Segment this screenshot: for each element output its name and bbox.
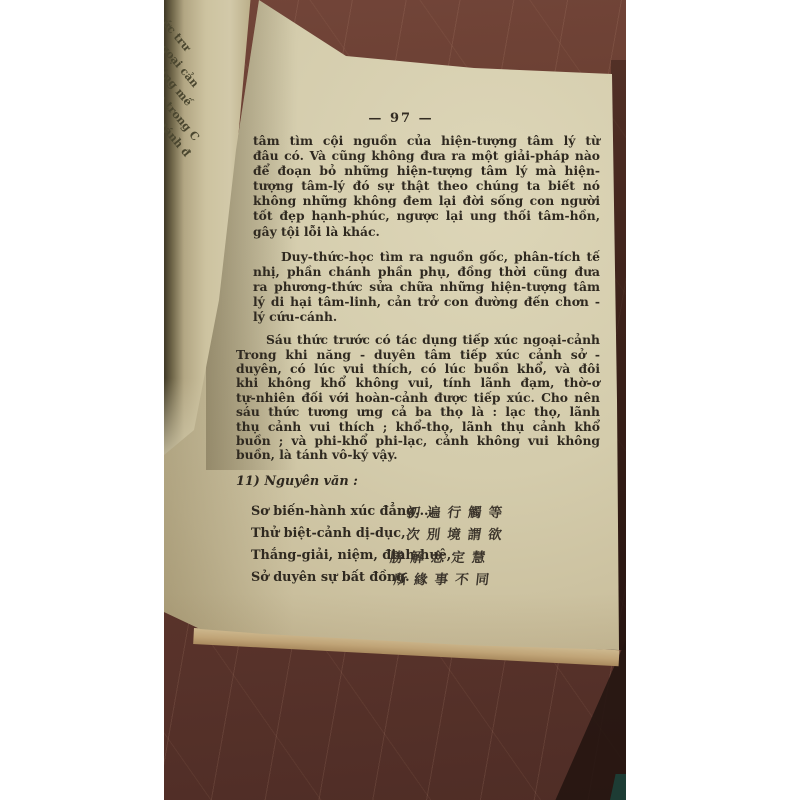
text-line: gây tội lỗi là khác. [253, 224, 600, 239]
text-line: buồn ; và phi-khổ phi-lạc, cảnh không vu… [236, 434, 600, 448]
book-photo: sâu thức trưượng ngoại cảnới mà cũng mếồ… [164, 0, 626, 800]
text-line: không những không đem lại đời sống con n… [253, 193, 600, 208]
chinese-verse-row: 所緣事不同 [386, 569, 505, 591]
text-line: ra phương-thức sửa chữa những hiện-tượng… [253, 279, 600, 294]
text-line: để đoạn bỏ những hiện-tượng tâm lý mà hi… [253, 163, 600, 178]
text-line: tượng tâm-lý đó sự thật theo chúng ta bi… [253, 178, 600, 193]
text-line: Trong khi năng - duyên tâm tiếp xúc cảnh… [236, 348, 600, 362]
text-line: tâm tìm cội nguồn của hiện-tượng tâm lý … [253, 133, 600, 148]
text-line: Duy-thức-học tìm ra nguồn gốc, phân-tích… [253, 249, 600, 264]
paragraph: Sáu thức trước có tác dụng tiếp xúc ngoạ… [236, 333, 600, 463]
chinese-verse-row: 初遍行觸等 [393, 502, 512, 524]
chinese-verse-row: 勝解念定慧 [389, 546, 508, 568]
text-line: Sáu thức trước có tác dụng tiếp xúc ngoạ… [236, 333, 600, 347]
text-line: nhị, phần chánh phần phụ, đồng thời cũng… [253, 264, 600, 279]
text-line: sáu thức tương ưng cả ba thọ là : lạc th… [236, 405, 600, 419]
body-text: tâm tìm cội nguồn của hiện-tượng tâm lý … [236, 105, 600, 463]
text-line: tự-nhiên đối với hoàn-cảnh được tiếp xúc… [236, 391, 600, 405]
chinese-verse-row: 次別境謂欲 [391, 524, 510, 546]
text-line: khi không khổ không vui, tính lãnh đạm, … [236, 376, 600, 390]
text-line: lý cứu-cánh. [253, 309, 600, 324]
paragraph: tâm tìm cội nguồn của hiện-tượng tâm lý … [236, 133, 600, 239]
text-line: đâu có. Và cũng không đưa ra một giải-ph… [253, 148, 600, 163]
text-line: duyên, có lúc vui thích, có lúc buồn khổ… [236, 362, 600, 376]
page-number: — 97 — [236, 111, 566, 126]
section-heading: 11) Nguyên văn : [236, 474, 600, 489]
text-line: thụ cảnh vui thích ; khổ-thọ, lãnh thụ c… [236, 420, 600, 434]
text-line: lý di hại tâm-linh, cản trở con đường đế… [253, 294, 600, 309]
text-line: tốt đẹp hạnh-phúc, ngược lại ung thối tâ… [253, 208, 600, 223]
page-content: — 97 — tâm tìm cội nguồn của hiện-tượng … [236, 105, 600, 589]
text-line: buồn, là tánh vô-ký vậy. [236, 448, 600, 462]
verse-chinese: 初遍行觸等次別境謂欲勝解念定慧所緣事不同 [386, 502, 512, 591]
verse-block: Sơ biến-hành xúc đẳng....Thử biệt-cảnh d… [236, 501, 600, 589]
paragraph: Duy-thức-học tìm ra nguồn gốc, phân-tích… [236, 249, 600, 324]
